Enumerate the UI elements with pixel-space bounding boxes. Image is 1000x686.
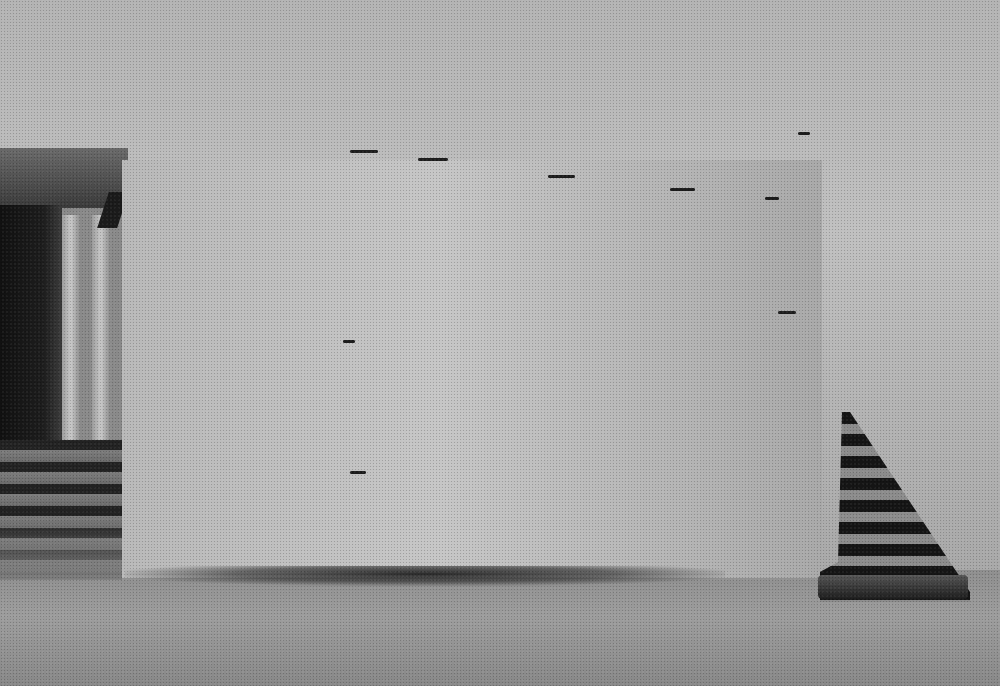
dark-mark: [548, 175, 575, 178]
pyramid-base: [818, 575, 968, 599]
dark-doorway: [0, 205, 62, 450]
dark-mark: [343, 340, 355, 343]
blank-wall: [122, 160, 822, 578]
dark-mark: [350, 150, 378, 153]
pillar: [62, 215, 80, 455]
dark-mark: [418, 158, 448, 161]
photograph: [0, 0, 1000, 686]
dark-mark: [670, 188, 695, 191]
steps-shadow: [0, 520, 122, 580]
dark-mark: [798, 132, 810, 135]
pillar: [92, 215, 110, 455]
dark-mark: [765, 197, 779, 200]
wall-base-shadow: [125, 566, 725, 586]
dark-mark: [350, 471, 366, 474]
dark-mark: [778, 311, 796, 314]
